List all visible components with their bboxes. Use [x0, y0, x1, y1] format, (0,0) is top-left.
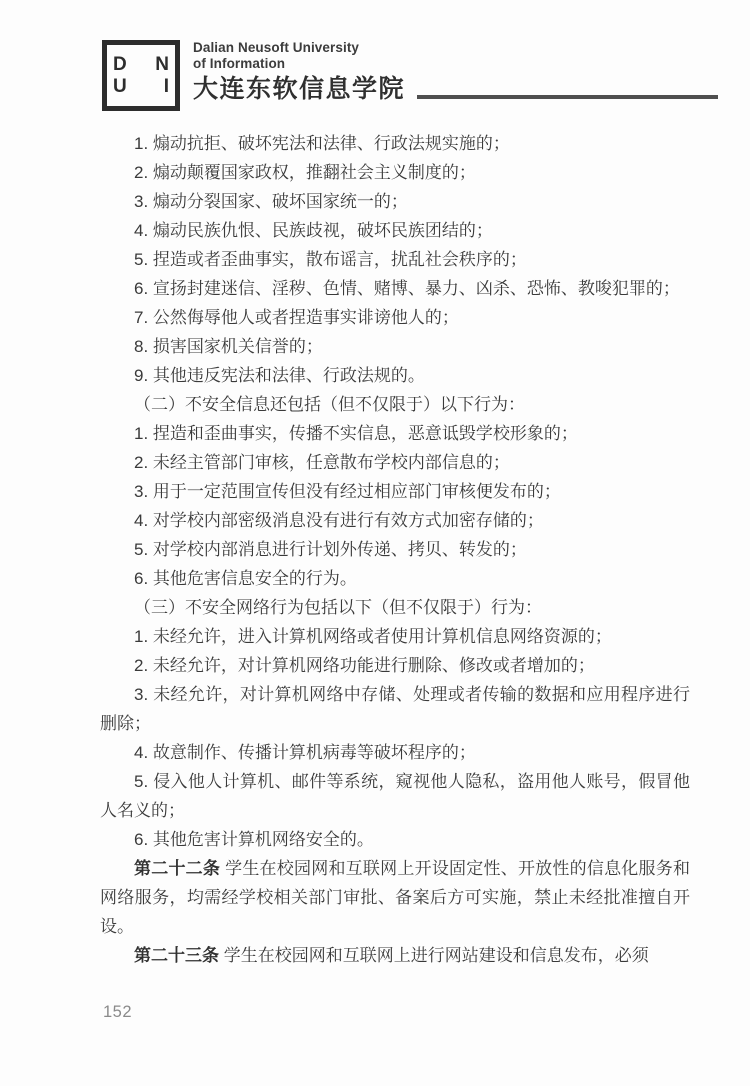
university-name-en: Dalian Neusoft University of Information: [193, 40, 405, 71]
dnui-logo: D N U I: [102, 40, 180, 111]
article-number: 第二十三条: [134, 946, 219, 965]
paragraph-text: 3. 未经允许，对计算机网络中存储、处理或者传输的数据和应用程序进行删除；: [100, 685, 690, 733]
paragraph-text: 6. 宣扬封建迷信、淫秽、色情、赌博、暴力、凶杀、恐怖、教唆犯罪的；: [134, 279, 680, 298]
header-divider-line: [417, 95, 718, 99]
article-paragraph: 第二十二条 学生在校园网和互联网上开设固定性、开放性的信息化服务和网络服务，均需…: [100, 854, 690, 941]
paragraph-text: （三）不安全网络行为包括以下（但不仅限于）行为：: [134, 598, 542, 617]
paragraph-text: 5. 对学校内部消息进行计划外传递、拷贝、转发的；: [134, 540, 527, 559]
logo-letter-i: I: [164, 77, 169, 97]
list-item: 9. 其他违反宪法和法律、行政法规的。: [100, 361, 690, 390]
document-page: D N U I Dalian Neusoft University of Inf…: [0, 0, 750, 1086]
university-name-block: Dalian Neusoft University of Information…: [193, 40, 405, 104]
document-body: 1. 煽动抗拒、破坏宪法和法律、行政法规实施的； 2. 煽动颠覆国家政权，推翻社…: [100, 129, 690, 970]
article-number: 第二十二条: [134, 859, 220, 878]
list-item: 3. 未经允许，对计算机网络中存储、处理或者传输的数据和应用程序进行删除；: [100, 680, 690, 738]
list-item: 7. 公然侮辱他人或者捏造事实诽谤他人的；: [100, 303, 690, 332]
paragraph-text: 学生在校园网和互联网上进行网站建设和信息发布，必须: [219, 946, 649, 965]
paragraph-text: 9. 其他违反宪法和法律、行政法规的。: [134, 366, 425, 385]
paragraph-text: 2. 未经允许，对计算机网络功能进行删除、修改或者增加的；: [134, 656, 595, 675]
logo-letters-row2: U I: [113, 77, 169, 97]
paragraph-text: 6. 其他危害计算机网络安全的。: [134, 830, 374, 849]
university-name-zh: 大连东软信息学院: [193, 74, 405, 104]
paragraph-text: 1. 未经允许，进入计算机网络或者使用计算机信息网络资源的；: [134, 627, 612, 646]
article-paragraph: 第二十三条 学生在校园网和互联网上进行网站建设和信息发布，必须: [100, 941, 690, 970]
paragraph-text: （二）不安全信息还包括（但不仅限于）以下行为：: [134, 395, 525, 414]
list-item: 8. 损害国家机关信誉的；: [100, 332, 690, 361]
list-item: 2. 未经允许，对计算机网络功能进行删除、修改或者增加的；: [100, 651, 690, 680]
list-item: 4. 煽动民族仇恨、民族歧视，破坏民族团结的；: [100, 216, 690, 245]
list-item: 4. 故意制作、传播计算机病毒等破坏程序的；: [100, 738, 690, 767]
paragraph-text: 3. 煽动分裂国家、破坏国家统一的；: [134, 192, 408, 211]
paragraph-text: 1. 煽动抗拒、破坏宪法和法律、行政法规实施的；: [134, 134, 510, 153]
paragraph-text: 5. 捏造或者歪曲事实，散布谣言，扰乱社会秩序的；: [134, 250, 527, 269]
list-item: 3. 煽动分裂国家、破坏国家统一的；: [100, 187, 690, 216]
logo-letters-row1: D N: [113, 55, 169, 75]
section-heading: （三）不安全网络行为包括以下（但不仅限于）行为：: [100, 593, 690, 622]
paragraph-text: 2. 煽动颠覆国家政权，推翻社会主义制度的；: [134, 163, 476, 182]
list-item: 5. 对学校内部消息进行计划外传递、拷贝、转发的；: [100, 535, 690, 564]
university-name-en-line1: Dalian Neusoft University: [193, 40, 405, 56]
paragraph-text: 7. 公然侮辱他人或者捏造事实诽谤他人的；: [134, 308, 459, 327]
paragraph-text: 4. 对学校内部密级消息没有进行有效方式加密存储的；: [134, 511, 544, 530]
page-header: D N U I Dalian Neusoft University of Inf…: [102, 40, 718, 111]
page-number: 152: [103, 1003, 132, 1022]
list-item: 1. 煽动抗拒、破坏宪法和法律、行政法规实施的；: [100, 129, 690, 158]
paragraph-text: 5. 侵入他人计算机、邮件等系统，窥视他人隐私，盗用他人账号，假冒他人名义的；: [100, 772, 690, 820]
logo-letter-n: N: [155, 55, 169, 75]
paragraph-text: 4. 故意制作、传播计算机病毒等破坏程序的；: [134, 743, 476, 762]
paragraph-text: 1. 捏造和歪曲事实，传播不实信息，恶意诋毁学校形象的；: [134, 424, 578, 443]
logo-letter-d: D: [113, 55, 127, 75]
paragraph-text: 6. 其他危害信息安全的行为。: [134, 569, 357, 588]
list-item: 2. 未经主管部门审核，任意散布学校内部信息的；: [100, 448, 690, 477]
list-item: 3. 用于一定范围宣传但没有经过相应部门审核便发布的；: [100, 477, 690, 506]
university-name-en-line2: of Information: [193, 56, 405, 72]
paragraph-text: 4. 煽动民族仇恨、民族歧视，破坏民族团结的；: [134, 221, 493, 240]
paragraph-text: 3. 用于一定范围宣传但没有经过相应部门审核便发布的；: [134, 482, 561, 501]
list-item: 5. 捏造或者歪曲事实，散布谣言，扰乱社会秩序的；: [100, 245, 690, 274]
list-item: 1. 未经允许，进入计算机网络或者使用计算机信息网络资源的；: [100, 622, 690, 651]
list-item: 6. 其他危害计算机网络安全的。: [100, 825, 690, 854]
paragraph-text: 8. 损害国家机关信誉的；: [134, 337, 323, 356]
list-item: 6. 其他危害信息安全的行为。: [100, 564, 690, 593]
list-item: 4. 对学校内部密级消息没有进行有效方式加密存储的；: [100, 506, 690, 535]
list-item: 1. 捏造和歪曲事实，传播不实信息，恶意诋毁学校形象的；: [100, 419, 690, 448]
logo-letter-u: U: [113, 77, 127, 97]
section-heading: （二）不安全信息还包括（但不仅限于）以下行为：: [100, 390, 690, 419]
list-item: 6. 宣扬封建迷信、淫秽、色情、赌博、暴力、凶杀、恐怖、教唆犯罪的；: [100, 274, 690, 303]
list-item: 2. 煽动颠覆国家政权，推翻社会主义制度的；: [100, 158, 690, 187]
paragraph-text: 2. 未经主管部门审核，任意散布学校内部信息的；: [134, 453, 510, 472]
list-item: 5. 侵入他人计算机、邮件等系统，窥视他人隐私，盗用他人账号，假冒他人名义的；: [100, 767, 690, 825]
